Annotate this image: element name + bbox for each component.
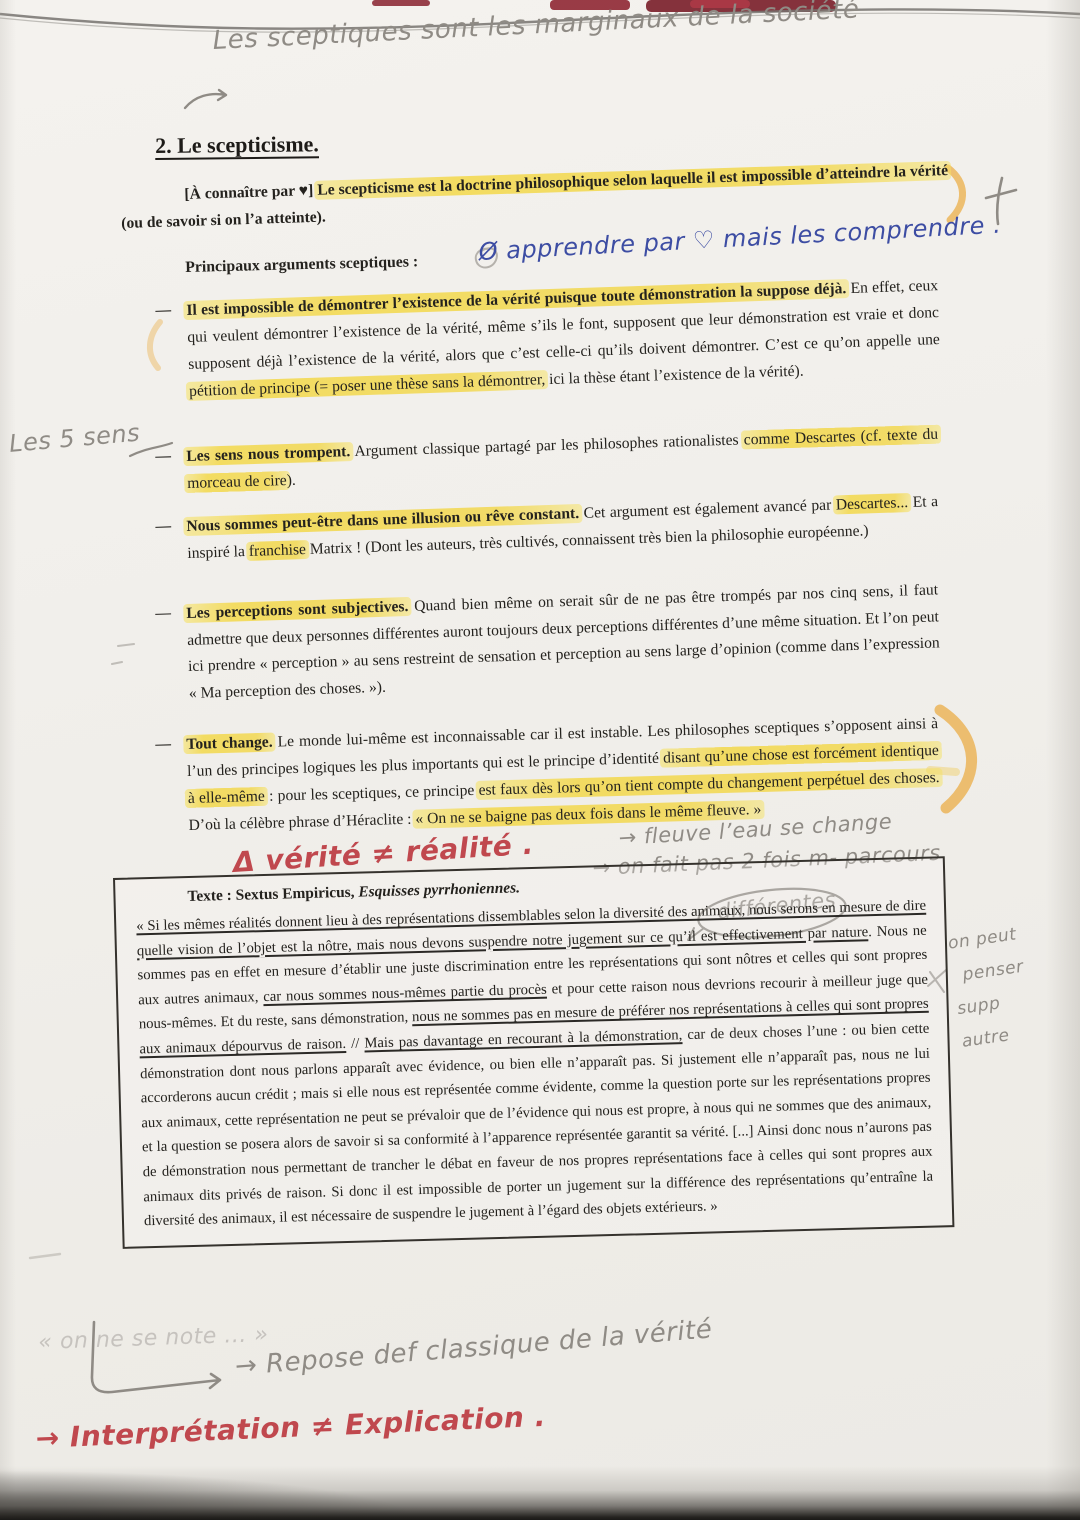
text-segment: ). [286, 472, 296, 489]
quote-textbox: Texte : Sextus Empiricus, Esquisses pyrr… [113, 856, 954, 1248]
smudge [112, 644, 134, 664]
highlighted-text: Les sens nous trompent. [183, 442, 353, 466]
text-segment: (ou de savoir si on l’a atteinte). [121, 209, 326, 232]
pencil-arrow-icon [185, 90, 226, 108]
highlighted-text: Les perceptions sont subjectives. [183, 597, 412, 623]
page-title: 2. Le scepticisme. [155, 131, 319, 159]
scanned-document-page: Les sceptiques sont les marginaux de la … [0, 0, 1080, 1520]
highlighted-text: Descartes... [833, 493, 912, 515]
highlighted-text: franchise [245, 540, 309, 561]
text-segment: Argument classique partagé par les philo… [350, 431, 744, 460]
smudge [30, 1254, 60, 1258]
text-segment: ici la thèse étant l’existence de la vér… [545, 363, 804, 389]
bullet-dash: — [155, 297, 171, 325]
bullet-dash: — [155, 442, 171, 469]
text-segment: Texte : Sextus Empiricus, [187, 884, 358, 905]
text-segment: // [346, 1035, 365, 1051]
text-segment: [À connaître par ♥] [184, 182, 317, 203]
text-segment: Quand bien même on serait sûr de ne pas … [187, 581, 940, 701]
work-title: Esquisses pyrrhoniennes. [358, 879, 520, 900]
scan-bottom-shadow [0, 1466, 1080, 1520]
scan-edge-right [1046, 0, 1080, 1520]
bullet-dash: — [155, 513, 171, 541]
text-segment: Cet argument est également avancé par [579, 496, 836, 522]
underlined-text: car nous sommes nous-mêmes partie du pro… [263, 981, 547, 1004]
bullet-dash: — [155, 600, 171, 627]
red-mark [372, 0, 430, 6]
highlighted-text: est faux dès lors qu’on tient compte du … [475, 768, 943, 800]
text-segment: D’où la célèbre phrase d’Héraclite : [188, 811, 415, 834]
underlined-text: Mais pas davantage en recourant à la dém… [364, 1027, 682, 1051]
text-segment: : pour les sceptiques, ce principe [265, 782, 479, 805]
bullet-dash: — [155, 730, 171, 757]
scan-edge-left [0, 0, 16, 1520]
highlighted-text: Tout change. [183, 733, 276, 755]
textbox-body: « Si les mêmes réalités donnent lieu à d… [136, 894, 934, 1234]
orange-paren-close-icon [940, 710, 972, 808]
orange-paren-open-icon [150, 322, 160, 368]
